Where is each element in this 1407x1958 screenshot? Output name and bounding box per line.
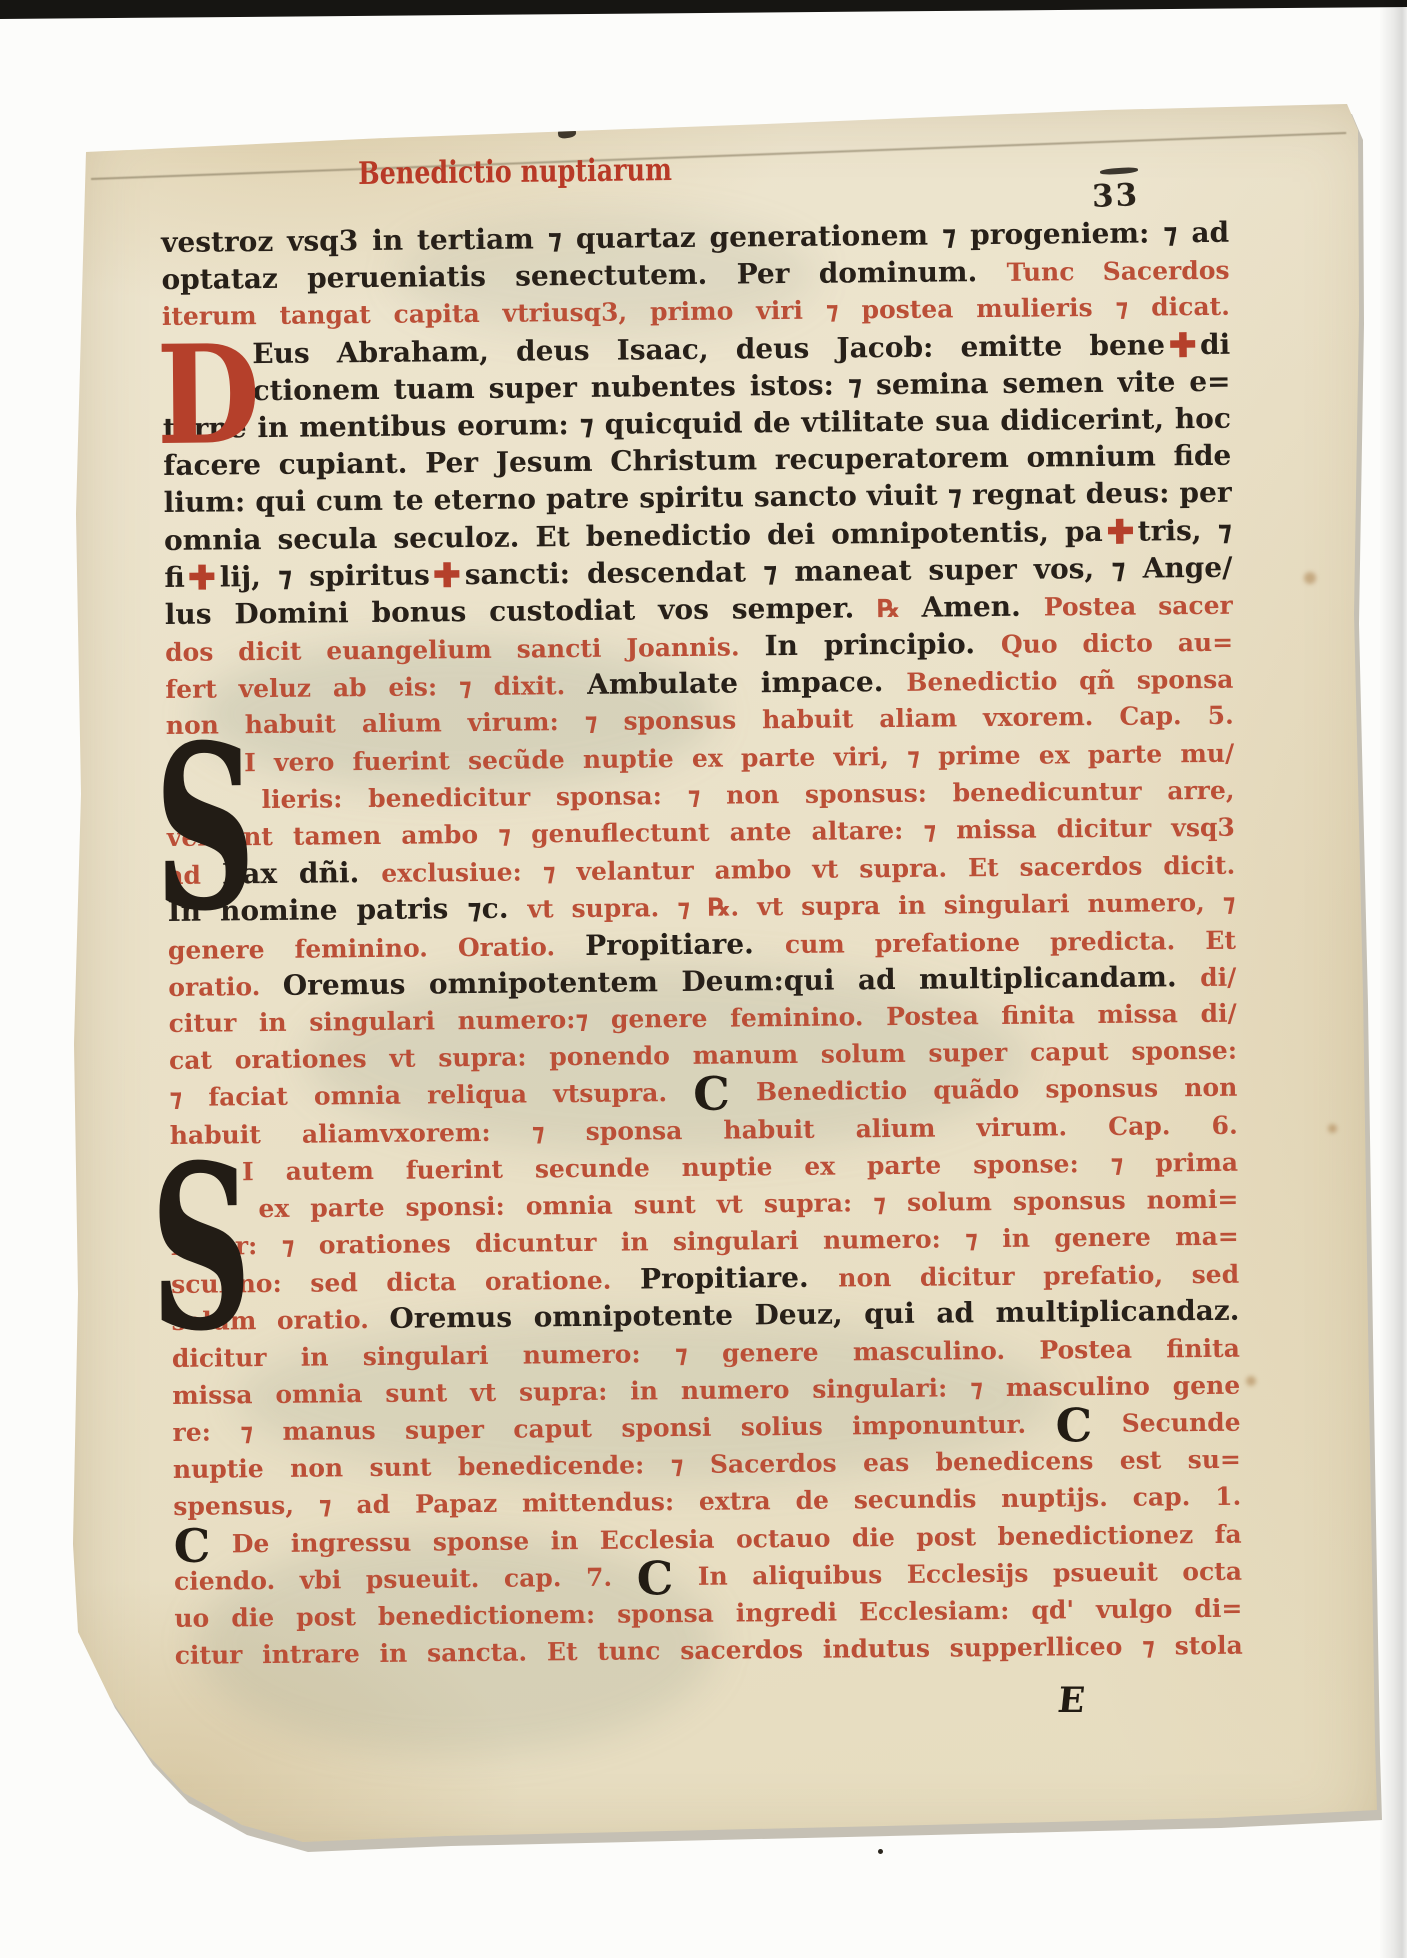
paper-edge-vignette	[66, 94, 1388, 1858]
manuscript-leaf: Benedictio nuptiarum 33 vestroz vsq3 in …	[66, 94, 1388, 1858]
drop-cap-initial: D	[156, 343, 261, 448]
drop-cap-initial: S	[154, 745, 256, 914]
scanned-page: Benedictio nuptiarum 33 vestroz vsq3 in …	[0, 0, 1407, 1958]
scanner-shadow-right	[1379, 0, 1407, 1958]
drop-cap-initial: S	[150, 1165, 252, 1334]
scanner-edge-top	[0, 0, 1407, 20]
ink-speck	[878, 1849, 883, 1854]
